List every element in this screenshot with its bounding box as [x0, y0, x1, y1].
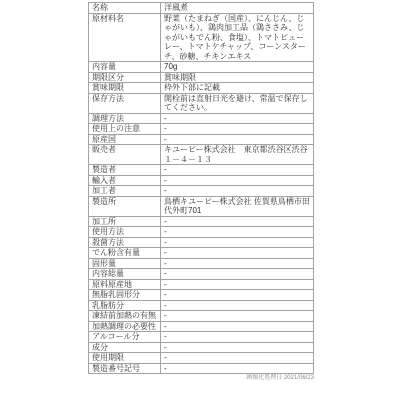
row-label: 製造所: [89, 196, 161, 216]
row-label: 製造番号記号: [89, 363, 161, 374]
row-value: -: [161, 134, 314, 145]
table-row: 保存方法開栓前は直射日光を避け、常温で保存してください。: [89, 93, 314, 113]
row-label: アルコール分: [89, 332, 161, 343]
row-value: -: [161, 300, 314, 311]
table-row: 使用期限-: [89, 353, 314, 364]
row-value: -: [161, 113, 314, 124]
row-value: キユーピー株式会社 東京都渋谷区渋谷１－４－１３: [161, 145, 314, 165]
row-value: -: [161, 363, 314, 374]
table-row: 賞味期限枠外下部に記載: [89, 83, 314, 94]
table-row: 販売者キユーピー株式会社 東京都渋谷区渋谷１－４－１３: [89, 145, 314, 165]
table-row: 原料原産地-: [89, 279, 314, 290]
table-row: 名称洋風煮: [89, 3, 314, 14]
row-value: -: [161, 175, 314, 186]
row-value: 野菜（たまねぎ（国産）、にんじん、じゃがいも）、鶏肉加工品（鶏ささみ、じゃがいも…: [161, 13, 314, 62]
row-value: 鳥栖キユーピー株式会社 佐賀県鳥栖市田代外町701: [161, 196, 314, 216]
row-label: 使用期限: [89, 353, 161, 364]
row-value: -: [161, 311, 314, 322]
row-value: -: [161, 124, 314, 135]
table-body: 名称洋風煮原材料名野菜（たまねぎ（国産）、にんじん、じゃがいも）、鶏肉加工品（鶏…: [89, 3, 314, 374]
table-row: 乳脂肪分-: [89, 300, 314, 311]
row-label: 使用上の注意: [89, 124, 161, 135]
table-row: 内容総量-: [89, 269, 314, 280]
row-label: 調理方法: [89, 113, 161, 124]
table-row: 加工所-: [89, 216, 314, 227]
row-value: -: [161, 186, 314, 197]
row-value: -: [161, 269, 314, 280]
row-label: 原材料名: [89, 13, 161, 62]
row-label: 販売者: [89, 145, 161, 165]
table-row: 固形量-: [89, 258, 314, 269]
image-processing-date-caption: 画像化処理日 2021/06/23: [88, 375, 314, 382]
row-label: 固形量: [89, 258, 161, 269]
table-row: 製造者-: [89, 165, 314, 176]
row-label: 原産国: [89, 134, 161, 145]
row-value: -: [161, 353, 314, 364]
table-row: アルコール分-: [89, 332, 314, 343]
row-value: -: [161, 342, 314, 353]
table-row: 殺菌方法-: [89, 237, 314, 248]
table-row: 使用方法-: [89, 227, 314, 238]
product-spec-sheet: 名称洋風煮原材料名野菜（たまねぎ（国産）、にんじん、じゃがいも）、鶏肉加工品（鶏…: [88, 2, 314, 382]
row-value: -: [161, 258, 314, 269]
row-label: 加熱調理の必要性: [89, 321, 161, 332]
table-row: でん粉含有量-: [89, 248, 314, 259]
table-row: 製造番号記号-: [89, 363, 314, 374]
row-label: 加工所: [89, 216, 161, 227]
row-label: 凍結前加熱の有無: [89, 311, 161, 322]
table-row: 調理方法-: [89, 113, 314, 124]
row-label: 殺菌方法: [89, 237, 161, 248]
row-label: 賞味期限: [89, 83, 161, 94]
table-row: 成分-: [89, 342, 314, 353]
table-row: 原産国-: [89, 134, 314, 145]
row-label: 輸入者: [89, 175, 161, 186]
row-value: 賞味期限: [161, 72, 314, 83]
row-value: -: [161, 227, 314, 238]
row-value: -: [161, 332, 314, 343]
row-label: 内容総量: [89, 269, 161, 280]
row-label: 原料原産地: [89, 279, 161, 290]
row-value: -: [161, 279, 314, 290]
row-value: 開栓前は直射日光を避け、常温で保存してください。: [161, 93, 314, 113]
table-row: 製造所鳥栖キユーピー株式会社 佐賀県鳥栖市田代外町701: [89, 196, 314, 216]
row-label: 使用方法: [89, 227, 161, 238]
row-value: -: [161, 237, 314, 248]
row-label: 期限区分: [89, 72, 161, 83]
row-label: 保存方法: [89, 93, 161, 113]
row-value: -: [161, 290, 314, 301]
product-info-table: 名称洋風煮原材料名野菜（たまねぎ（国産）、にんじん、じゃがいも）、鶏肉加工品（鶏…: [88, 2, 314, 374]
table-row: 内容量70g: [89, 62, 314, 73]
row-label: でん粉含有量: [89, 248, 161, 259]
row-label: 加工者: [89, 186, 161, 197]
row-label: 製造者: [89, 165, 161, 176]
table-row: 無脂乳固形分-: [89, 290, 314, 301]
table-row: 原材料名野菜（たまねぎ（国産）、にんじん、じゃがいも）、鶏肉加工品（鶏ささみ、じ…: [89, 13, 314, 62]
row-value: 70g: [161, 62, 314, 73]
table-row: 加工者-: [89, 186, 314, 197]
table-row: 加熱調理の必要性-: [89, 321, 314, 332]
row-label: 名称: [89, 3, 161, 14]
row-label: 無脂乳固形分: [89, 290, 161, 301]
table-row: 凍結前加熱の有無-: [89, 311, 314, 322]
row-value: -: [161, 248, 314, 259]
row-label: 成分: [89, 342, 161, 353]
row-value: -: [161, 321, 314, 332]
row-value: -: [161, 165, 314, 176]
row-label: 乳脂肪分: [89, 300, 161, 311]
table-row: 期限区分賞味期限: [89, 72, 314, 83]
row-value: -: [161, 216, 314, 227]
row-value: 枠外下部に記載: [161, 83, 314, 94]
table-row: 使用上の注意-: [89, 124, 314, 135]
row-value: 洋風煮: [161, 3, 314, 14]
table-row: 輸入者-: [89, 175, 314, 186]
row-label: 内容量: [89, 62, 161, 73]
